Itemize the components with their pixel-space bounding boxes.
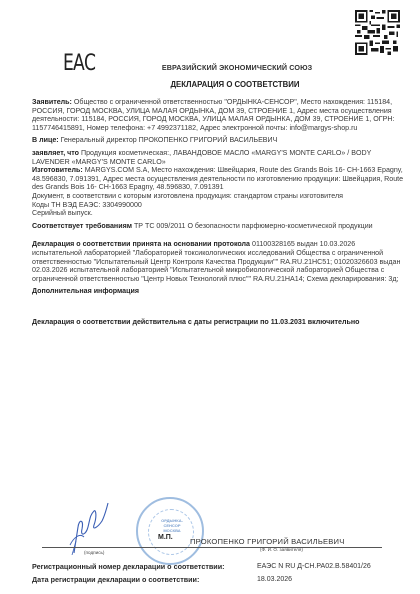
declares-text: Продукция косметическая:, ЛАВАНДОВОЕ МАС… [32,149,371,166]
signature-block: ОРДЫНКА-СЕНСОР МОСКВА М.П. ПРОКОПЕНКО ГР… [32,497,412,557]
declares-label: заявляет, что [32,149,79,157]
registration-number-value: ЕАЭС N RU Д-CH.PA02.B.58401/26 [257,563,371,570]
tn-ved-codes: Коды ТН ВЭД ЕАЭС: 3304990000 [32,201,407,210]
manufacturer-text: MARGYS.COM S.A, Место нахождения: Швейца… [32,166,403,191]
registration-number-label: Регистрационный номер декларации о соотв… [32,562,257,571]
basis-paragraph: Декларация о соответствии принята на осн… [32,240,407,283]
person-label: В лице: [32,136,59,144]
manufacturer-label: Изготовитель: [32,166,83,174]
document-line: Документ, в соответствии с которым изгот… [32,192,407,201]
registration-date-row: Дата регистрации декларации о соответств… [32,573,412,586]
signature-caption: (подпись) [84,550,104,555]
signature-line [42,547,382,548]
additional-info-heading: Дополнительная информация [32,287,407,296]
stamp-text: ОРДЫНКА-СЕНСОР МОСКВА [155,518,189,533]
compliance-label: Соответствует требованиям [32,222,132,230]
company-stamp-icon: ОРДЫНКА-СЕНСОР МОСКВА [136,497,204,565]
manufacturer-paragraph: Изготовитель: MARGYS.COM S.A, Место нахо… [32,166,407,192]
basis-label: Декларация о соответствии принята на осн… [32,240,250,248]
validity-statement: Декларация о соответствии действительна … [32,318,407,327]
compliance-text: ТР ТС 009/2011 О безопасности парфюмерно… [134,222,373,230]
registration-number-row: Регистрационный номер декларации о соотв… [32,560,412,573]
eac-logo: ЕАС [63,51,95,77]
compliance-paragraph: Соответствует требованиям ТР ТС 009/2011… [32,222,407,231]
qr-code-icon [355,10,400,55]
applicant-text: Общество с ограниченной ответственностью… [32,98,394,132]
registration-date-value: 18.03.2026 [257,576,292,583]
stamp-label: М.П. [158,534,173,541]
signer-name: ПРОКОПЕНКО ГРИГОРИЙ ВАСИЛЬЕВИЧ [190,537,344,546]
registration-block: Регистрационный номер декларации о соотв… [32,560,412,586]
document-title: ДЕКЛАРАЦИЯ О СООТВЕТСТВИИ [130,80,340,89]
person-paragraph: В лице: Генеральный директор ПРОКОПЕНКО … [32,136,407,145]
applicant-paragraph: Заявитель: Общество с ограниченной ответ… [32,98,407,132]
serial-release: Серийный выпуск. [32,209,407,218]
name-caption: (Ф. И. О. заявителя) [260,547,303,552]
registration-date-label: Дата регистрации декларации о соответств… [32,575,257,584]
applicant-label: Заявитель: [32,98,72,106]
person-text: Генеральный директор ПРОКОПЕНКО ГРИГОРИЙ… [61,136,278,144]
declaration-body: Заявитель: Общество с ограниченной ответ… [32,98,407,326]
declares-paragraph: заявляет, что Продукция косметическая:, … [32,149,407,166]
union-heading: ЕВРАЗИЙСКИЙ ЭКОНОМИЧЕСКИЙ СОЮЗ [147,63,327,72]
